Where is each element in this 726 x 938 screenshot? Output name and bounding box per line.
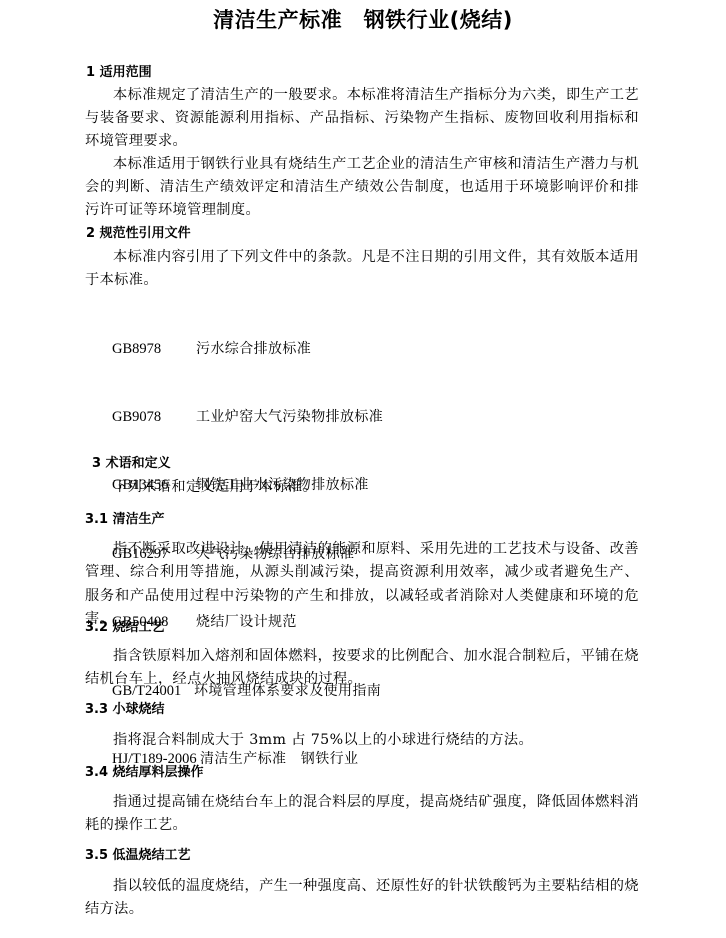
subsection-heading-3-5: 3.5 低温烧结工艺 <box>85 847 191 865</box>
section-heading-references: 2 规范性引用文件 <box>86 225 191 243</box>
subsection-heading-3-3: 3.3 小球烧结 <box>85 701 165 719</box>
reference-item: GB8978 污水综合排放标准 <box>112 338 383 361</box>
paragraph-3-5: 指以较低的温度烧结，产生一种强度高、还原性好的针状铁酸钙为主要粘结相的烧结方法。 <box>85 875 639 922</box>
paragraph-3-1: 指不断采取改进设计、使用清洁的能源和原料、采用先进的工艺技术与设备、改善管理、综… <box>85 538 639 631</box>
paragraph-terms-intro: 下列术语和定义适用于本标准。 <box>85 476 639 499</box>
paragraph-3-3: 指将混合料制成大于 3mm 占 75%以上的小球进行烧结的方法。 <box>85 729 639 752</box>
document-title: 清洁生产标准 钢铁行业(烧结) <box>0 6 726 34</box>
paragraph-scope-2: 本标准适用于钢铁行业具有烧结生产工艺企业的清洁生产审核和清洁生产潜力与机会的判断… <box>85 153 639 222</box>
reference-title: 工业炉窑大气污染物排放标准 <box>196 406 383 429</box>
paragraph-scope-1: 本标准规定了清洁生产的一般要求。本标准将清洁生产指标分为六类，即生产工艺与装备要… <box>85 84 639 153</box>
reference-code: GB8978 <box>112 338 196 361</box>
subsection-heading-3-2: 3.2 烧结工艺 <box>85 619 165 637</box>
subsection-heading-3-4: 3.4 烧结厚料层操作 <box>85 764 204 782</box>
paragraph-3-4: 指通过提高铺在烧结台车上的混合料层的厚度，提高烧结矿强度，降低固体燃料消耗的操作… <box>85 791 639 838</box>
paragraph-references-intro: 本标准内容引用了下列文件中的条款。凡是不注日期的引用文件，其有效版本适用于本标准… <box>85 246 639 292</box>
section-heading-scope: 1 适用范围 <box>86 64 152 82</box>
reference-item: GB9078 工业炉窑大气污染物排放标准 <box>112 406 383 429</box>
section-heading-terms: 3 术语和定义 <box>92 455 171 473</box>
reference-title: 污水综合排放标准 <box>196 338 311 361</box>
document-page: 清洁生产标准 钢铁行业(烧结) 1 适用范围 本标准规定了清洁生产的一般要求。本… <box>0 0 726 938</box>
reference-code: GB9078 <box>112 406 196 429</box>
paragraph-3-2: 指含铁原料加入熔剂和固体燃料，按要求的比例配合、加水混合制粒后，平铺在烧结机台车… <box>85 645 639 692</box>
subsection-heading-3-1: 3.1 清洁生产 <box>85 511 165 529</box>
